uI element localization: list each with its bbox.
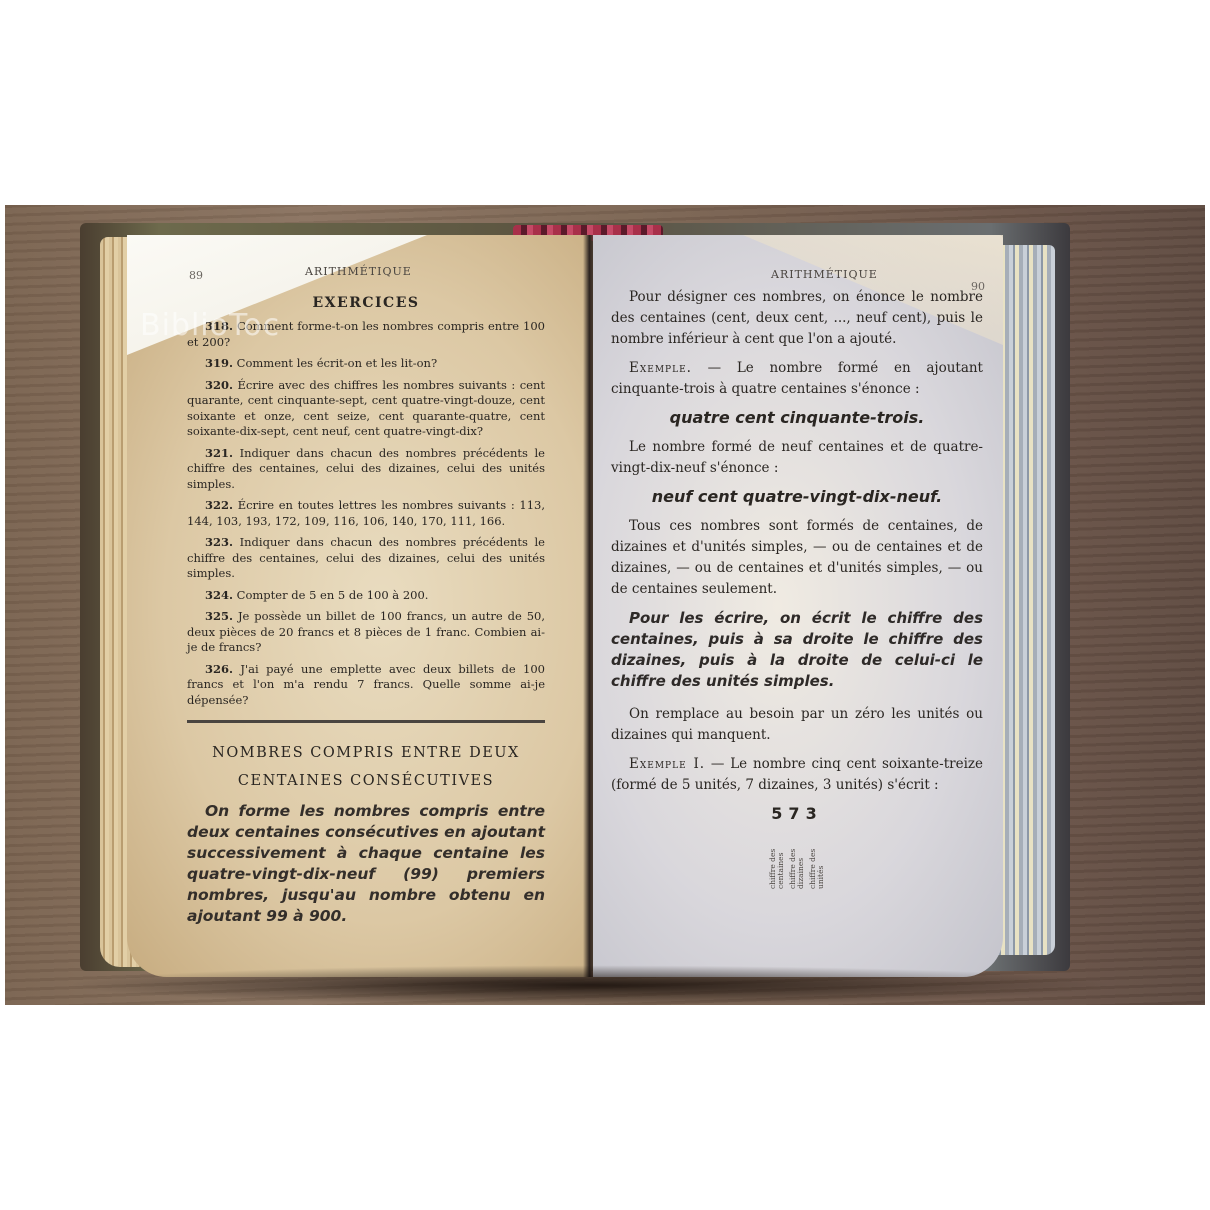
book-shadow (65, 965, 1115, 1005)
running-head: ARITHMÉTIQUE (305, 265, 412, 278)
exercise-text: Indiquer dans chacun des nombres précéde… (187, 535, 545, 580)
exercise-number: 324. (205, 588, 233, 602)
exercise-text: Comment les écrit-on et les lit-on? (233, 356, 437, 370)
exercise-number: 319. (205, 356, 233, 370)
exercise-item: 321. Indiquer dans chacun des nombres pr… (187, 446, 545, 493)
example-1-paragraph: Exemple I. — Le nombre cinq cent soixant… (611, 754, 983, 796)
exercise-number: 322. (205, 498, 233, 512)
number-display: 573 (611, 804, 983, 823)
left-page: 89 ARITHMÉTIQUE EXERCICES 318. Comment f… (127, 235, 589, 977)
page-number: 89 (189, 269, 203, 282)
exercise-item: 320. Écrire avec des chiffres les nombre… (187, 378, 545, 440)
exercise-item: 325. Je possède un billet de 100 francs,… (187, 609, 545, 656)
example-label: Exemple. (629, 360, 692, 376)
exercise-number: 320. (205, 378, 233, 392)
paragraph-2-result: neuf cent quatre-vingt-dix-neuf. (611, 487, 983, 506)
digit-label: chiffre des unités (809, 827, 825, 889)
digit-label: chiffre des centaines (769, 827, 785, 889)
example-1-label: Exemple I. (629, 756, 705, 772)
paragraph-3: Tous ces nombres sont formés de centaine… (611, 516, 983, 600)
section-title: NOMBRES COMPRIS ENTRE DEUX CENTAINES CON… (187, 739, 545, 795)
example-paragraph: Exemple. — Le nombre formé en ajoutant c… (611, 358, 983, 400)
example-result: quatre cent cinquante-trois. (611, 408, 983, 427)
exercise-item: 319. Comment les écrit-on et les lit-on? (187, 356, 545, 372)
exercises-block: EXERCICES 318. Comment forme-t-on les no… (187, 295, 545, 927)
exercise-number: 326. (205, 662, 233, 676)
section-title-line1: NOMBRES COMPRIS ENTRE DEUX (187, 739, 545, 767)
digit-label: chiffre des dizaines (789, 827, 805, 889)
watermark: BiblioToc (140, 308, 280, 343)
exercise-list: 318. Comment forme-t-on les nombres comp… (187, 319, 545, 708)
paragraph-2: Le nombre formé de neuf centaines et de … (611, 437, 983, 479)
section-divider (187, 720, 545, 723)
exercise-item: 324. Compter de 5 en 5 de 100 à 200. (187, 588, 545, 604)
rule-paragraph: On forme les nombres compris entre deux … (187, 801, 545, 927)
exercise-item: 322. Écrire en toutes lettres les nombre… (187, 498, 545, 529)
exercise-item: 326. J'ai payé une emplette avec deux bi… (187, 662, 545, 709)
right-text-block: Pour désigner ces nombres, on énonce le … (611, 287, 983, 889)
digit-labels: chiffre des centaineschiffre des dizaine… (611, 827, 983, 889)
exercise-text: Indiquer dans chacun des nombres précéde… (187, 446, 545, 491)
section-title-line2: CENTAINES CONSÉCUTIVES (187, 767, 545, 795)
paragraph-4: On remplace au besoin par un zéro les un… (611, 704, 983, 746)
exercise-text: Je possède un billet de 100 francs, un a… (187, 609, 545, 654)
exercise-number: 325. (205, 609, 233, 623)
right-page: ARITHMÉTIQUE 90 Pour désigner ces nombre… (593, 235, 1003, 977)
page-edges-right (995, 245, 1055, 955)
exercise-item: 323. Indiquer dans chacun des nombres pr… (187, 535, 545, 582)
exercise-text: J'ai payé une emplette avec deux billets… (187, 662, 545, 707)
running-head: ARITHMÉTIQUE (771, 268, 878, 281)
exercise-text: Compter de 5 en 5 de 100 à 200. (233, 588, 428, 602)
exercise-number: 323. (205, 535, 233, 549)
paragraph-1: Pour désigner ces nombres, on énonce le … (611, 287, 983, 350)
exercise-text: Écrire avec des chiffres les nombres sui… (187, 378, 545, 439)
rule-paragraph: Pour les écrire, on écrit le chiffre des… (611, 608, 983, 692)
exercise-number: 321. (205, 446, 233, 460)
exercise-text: Écrire en toutes lettres les nombres sui… (187, 498, 545, 528)
